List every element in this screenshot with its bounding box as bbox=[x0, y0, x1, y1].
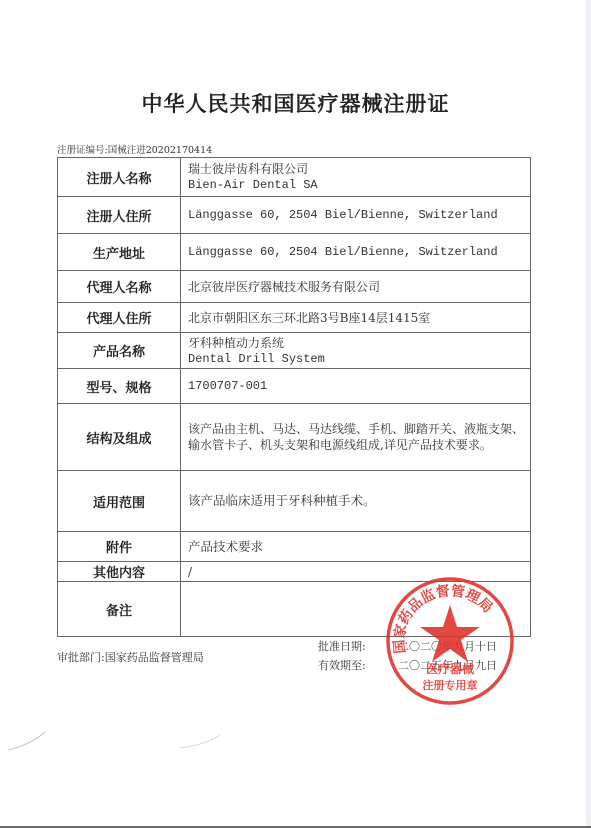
label-production-address: 生产地址 bbox=[58, 234, 181, 271]
product-name-en: Dental Drill System bbox=[188, 351, 530, 367]
registration-number: 注册证编号:国械注进20202170414 bbox=[57, 142, 212, 156]
label-other: 其他内容 bbox=[58, 562, 181, 582]
label-agent-address: 代理人住所 bbox=[58, 303, 181, 333]
label-product-name: 产品名称 bbox=[58, 333, 181, 369]
official-seal-icon: 国家药品监督管理局 医疗器械 注册专用章 bbox=[384, 575, 516, 707]
row-model-spec: 型号、规格 1700707-001 bbox=[58, 369, 531, 404]
approval-department: 审批部门:国家药品监督管理局 bbox=[57, 649, 204, 665]
row-registrant-address: 注册人住所 Länggasse 60, 2504 Biel/Bienne, Sw… bbox=[58, 197, 531, 234]
registrant-name-en: Bien-Air Dental SA bbox=[188, 177, 530, 193]
label-remarks: 备注 bbox=[58, 582, 181, 637]
value-agent-name: 北京彼岸医疗器械技术服务有限公司 bbox=[181, 271, 531, 303]
row-agent-address: 代理人住所 北京市朝阳区东三环北路3号B座14层1415室 bbox=[58, 303, 531, 333]
seal-inner-text-2: 注册专用章 bbox=[423, 678, 478, 692]
certificate-table: 注册人名称 瑞士彼岸齿科有限公司 Bien-Air Dental SA 注册人住… bbox=[57, 157, 531, 637]
registrant-name-cn: 瑞士彼岸齿科有限公司 bbox=[188, 161, 530, 177]
value-product-name: 牙科种植动力系统 Dental Drill System bbox=[181, 333, 531, 369]
value-model-spec: 1700707-001 bbox=[181, 369, 531, 404]
value-registrant-address: Länggasse 60, 2504 Biel/Bienne, Switzerl… bbox=[181, 197, 531, 234]
row-scope: 适用范围 该产品临床适用于牙科种植手术。 bbox=[58, 471, 531, 532]
faint-signature-mark bbox=[0, 690, 300, 760]
value-attachment: 产品技术要求 bbox=[181, 532, 531, 562]
label-scope: 适用范围 bbox=[58, 471, 181, 532]
value-scope: 该产品临床适用于牙科种植手术。 bbox=[181, 471, 531, 532]
value-agent-address: 北京市朝阳区东三环北路3号B座14层1415室 bbox=[181, 303, 531, 333]
value-production-address: Länggasse 60, 2504 Biel/Bienne, Switzerl… bbox=[181, 234, 531, 271]
row-product-name: 产品名称 牙科种植动力系统 Dental Drill System bbox=[58, 333, 531, 369]
label-structure: 结构及组成 bbox=[58, 404, 181, 471]
document-title: 中华人民共和国医疗器械注册证 bbox=[0, 88, 591, 118]
label-agent-name: 代理人名称 bbox=[58, 271, 181, 303]
row-registrant-name: 注册人名称 瑞士彼岸齿科有限公司 Bien-Air Dental SA bbox=[58, 158, 531, 197]
product-name-cn: 牙科种植动力系统 bbox=[188, 335, 530, 351]
label-registrant-address: 注册人住所 bbox=[58, 197, 181, 234]
label-attachment: 附件 bbox=[58, 532, 181, 562]
page-edge bbox=[586, 0, 591, 828]
row-attachment: 附件 产品技术要求 bbox=[58, 532, 531, 562]
seal-inner-text-1: 医疗器械 bbox=[426, 661, 475, 676]
value-registrant-name: 瑞士彼岸齿科有限公司 Bien-Air Dental SA bbox=[181, 158, 531, 197]
label-registrant-name: 注册人名称 bbox=[58, 158, 181, 197]
row-structure: 结构及组成 该产品由主机、马达、马达线缆、手机、脚踏开关、液瓶支架、输水管卡子、… bbox=[58, 404, 531, 471]
value-structure: 该产品由主机、马达、马达线缆、手机、脚踏开关、液瓶支架、输水管卡子、机头支架和电… bbox=[181, 404, 531, 471]
row-production-address: 生产地址 Länggasse 60, 2504 Biel/Bienne, Swi… bbox=[58, 234, 531, 271]
row-agent-name: 代理人名称 北京彼岸医疗器械技术服务有限公司 bbox=[58, 271, 531, 303]
label-model-spec: 型号、规格 bbox=[58, 369, 181, 404]
